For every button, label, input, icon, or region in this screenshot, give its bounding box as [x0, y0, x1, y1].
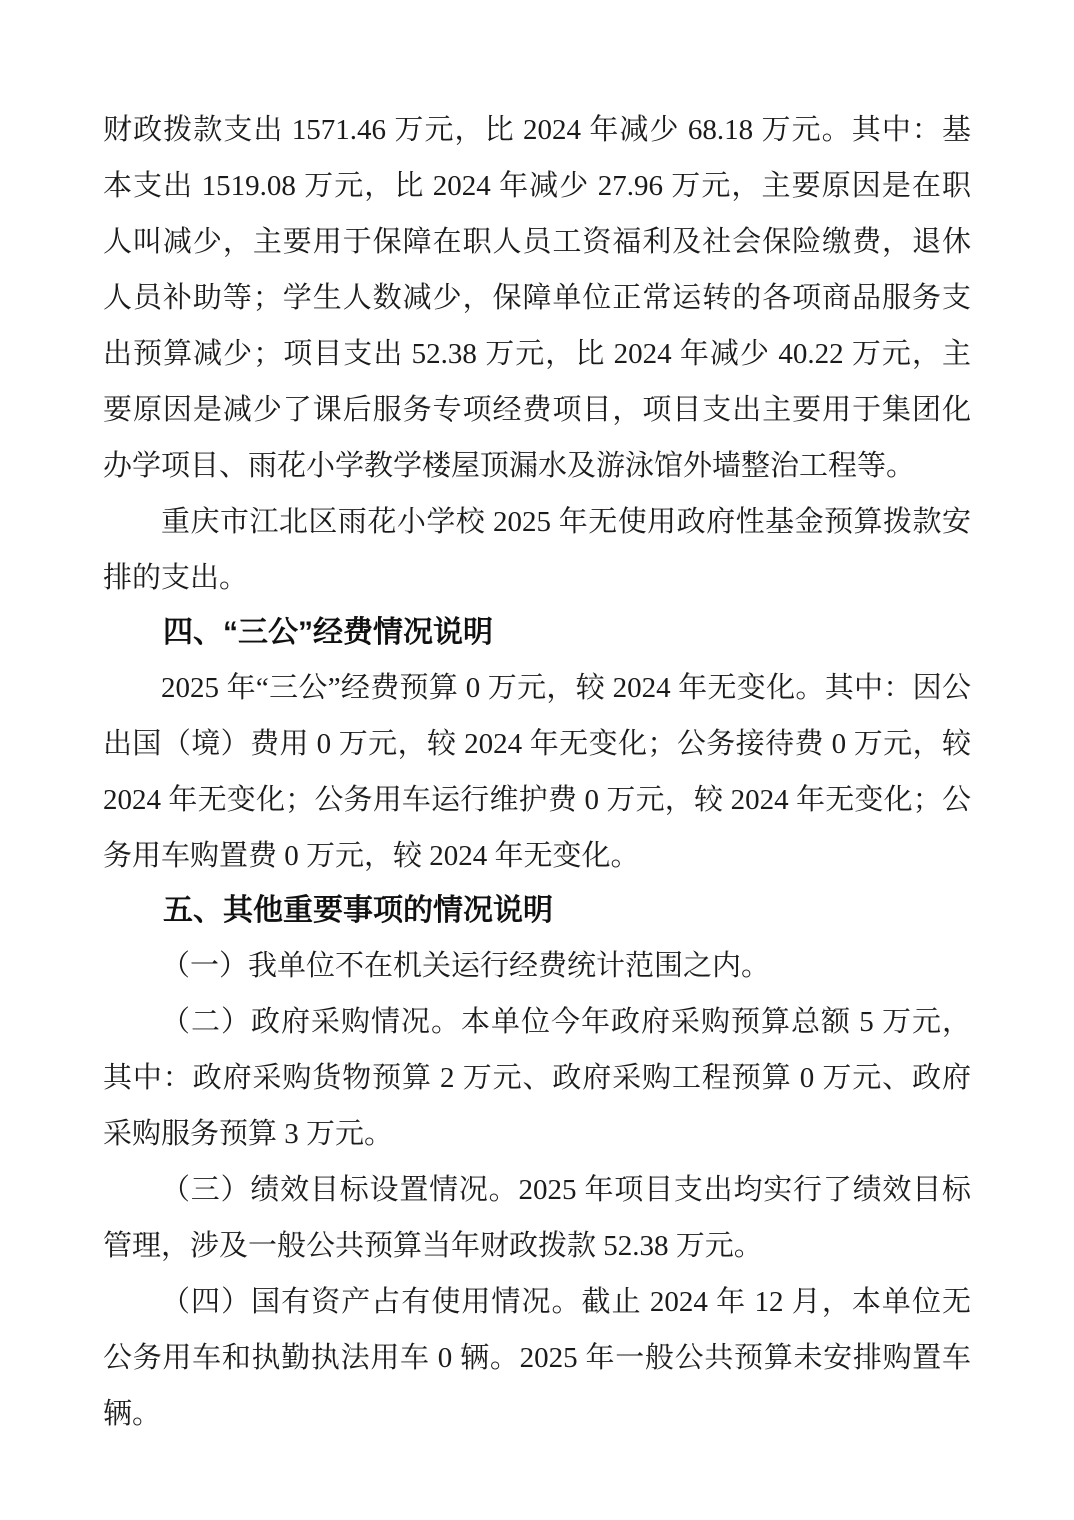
document-content: 财政拨款支出 1571.46 万元，比 2024 年减少 68.18 万元。其中… — [103, 102, 971, 1442]
paragraph-item-one-agency-operating-funds: （一）我单位不在机关运行经费统计范围之内。 — [103, 938, 971, 994]
paragraph-three-public-expenses-detail: 2025 年“三公”经费预算 0 万元，较 2024 年无变化。其中：因公出国（… — [103, 660, 971, 884]
document-page: 财政拨款支出 1571.46 万元，比 2024 年减少 68.18 万元。其中… — [0, 0, 1074, 1520]
heading-section-five-other-important-matters: 五、其他重要事项的情况说明 — [103, 884, 971, 938]
heading-section-four-three-public-expenses: 四、“三公”经费情况说明 — [103, 606, 971, 660]
paragraph-item-four-state-owned-assets: （四）国有资产占有使用情况。截止 2024 年 12 月，本单位无公务用车和执勤… — [103, 1274, 971, 1442]
paragraph-item-three-performance-targets: （三）绩效目标设置情况。2025 年项目支出均实行了绩效目标管理，涉及一般公共预… — [103, 1162, 971, 1274]
paragraph-government-fund-budget: 重庆市江北区雨花小学校 2025 年无使用政府性基金预算拨款安排的支出。 — [103, 494, 971, 606]
paragraph-item-two-government-procurement: （二）政府采购情况。本单位今年政府采购预算总额 5 万元，其中：政府采购货物预算… — [103, 994, 971, 1162]
paragraph-fiscal-appropriation-expenditure: 财政拨款支出 1571.46 万元，比 2024 年减少 68.18 万元。其中… — [103, 102, 971, 494]
